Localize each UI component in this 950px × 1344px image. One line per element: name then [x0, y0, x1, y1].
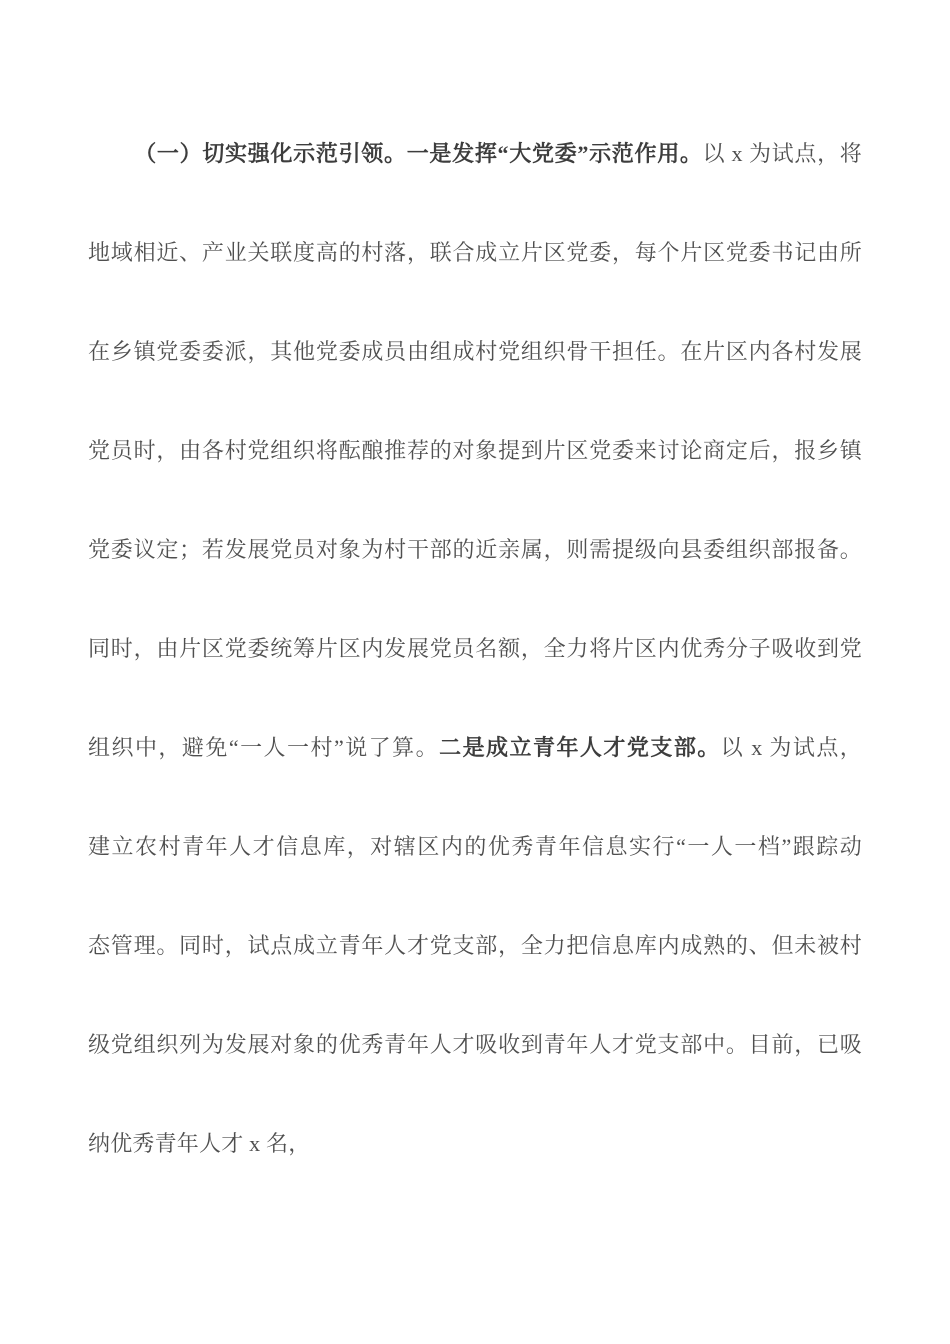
text-run: 组织中，避免“一人一村”说了算。: [88, 735, 439, 760]
document-body: （一）切实强化示范引领。一是发挥“大党委”示范作用。以 x 为试点，将地域相近、…: [0, 0, 950, 1193]
text-run: 同时，由片区党委统筹片区内发展党员名额，全力将片区内优秀分子吸收到党: [88, 636, 862, 661]
text-run: 党员时，由各村党组织将酝酿推荐的对象提到片区党委来讨论商定后，报乡镇: [88, 438, 862, 463]
document-line: 地域相近、产业关联度高的村落，联合成立片区党委，每个片区党委书记由所: [88, 203, 862, 302]
text-run: 在乡镇党委委派，其他党委成员由组成村党组织骨干担任。在片区内各村发展: [88, 339, 862, 364]
document-line: 态管理。同时，试点成立青年人才党支部，全力把信息库内成熟的、但未被村: [88, 896, 862, 995]
document-line: 组织中，避免“一人一村”说了算。二是成立青年人才党支部。以 x 为试点，: [88, 698, 862, 797]
text-run: 态管理。同时，试点成立青年人才党支部，全力把信息库内成熟的、但未被村: [88, 933, 862, 958]
text-run: 纳优秀青年人才 x 名，: [88, 1131, 310, 1156]
document-line: 党委议定；若发展党员对象为村干部的近亲属，则需提级向县委组织部报备。: [88, 500, 862, 599]
document-line: 在乡镇党委委派，其他党委成员由组成村党组织骨干担任。在片区内各村发展: [88, 302, 862, 401]
document-line: 纳优秀青年人才 x 名，: [88, 1094, 862, 1193]
text-run: 以 x 为试点，将: [703, 141, 862, 166]
text-run: 以 x 为试点，: [721, 735, 862, 760]
text-run: 地域相近、产业关联度高的村落，联合成立片区党委，每个片区党委书记由所: [88, 240, 862, 265]
document-line: 级党组织列为发展对象的优秀青年人才吸收到青年人才党支部中。目前，已吸: [88, 995, 862, 1094]
document-line: 同时，由片区党委统筹片区内发展党员名额，全力将片区内优秀分子吸收到党: [88, 599, 862, 698]
text-run: 党委议定；若发展党员对象为村干部的近亲属，则需提级向县委组织部报备。: [88, 537, 862, 562]
text-run-bold: （一）切实强化示范引领。一是发挥“大党委”示范作用。: [134, 141, 702, 166]
document-line: 建立农村青年人才信息库，对辖区内的优秀青年信息实行“一人一档”跟踪动: [88, 797, 862, 896]
document-line: 党员时，由各村党组织将酝酿推荐的对象提到片区党委来讨论商定后，报乡镇: [88, 401, 862, 500]
document-line: （一）切实强化示范引领。一是发挥“大党委”示范作用。以 x 为试点，将: [88, 104, 862, 203]
text-run: 级党组织列为发展对象的优秀青年人才吸收到青年人才党支部中。目前，已吸: [88, 1032, 862, 1057]
text-run: 建立农村青年人才信息库，对辖区内的优秀青年信息实行“一人一档”跟踪动: [88, 834, 862, 859]
document-page: （一）切实强化示范引领。一是发挥“大党委”示范作用。以 x 为试点，将地域相近、…: [0, 0, 950, 1344]
text-run-bold: 二是成立青年人才党支部。: [439, 735, 721, 760]
